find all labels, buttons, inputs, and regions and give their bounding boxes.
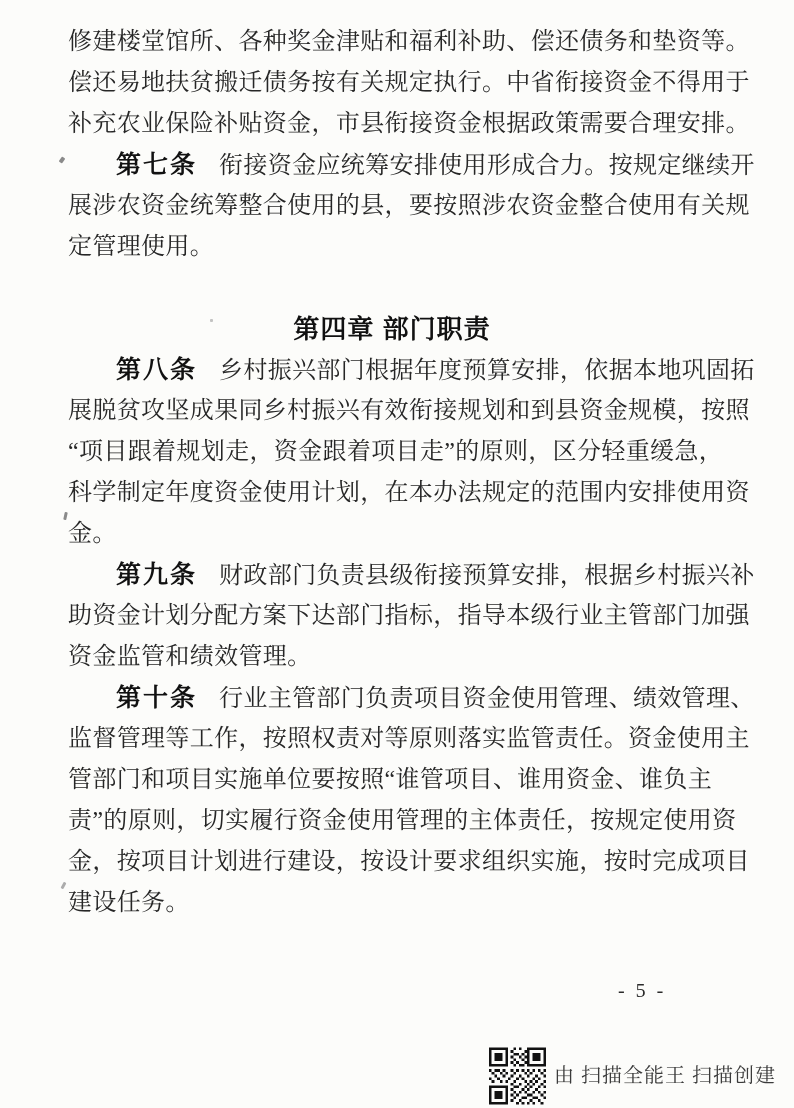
scanned-page: 修建楼堂馆所、各种奖金津贴和福利补助、偿还债务和垫资等。 偿还易地扶贫搬迁债务按… [0,0,794,1108]
article-lead-line: 第九条财政部门负责县级衔接预算安排，根据乡村振兴补 [68,555,752,596]
qr-code-icon [489,1046,546,1106]
text-line: 监督管理等工作，按照权责对等原则落实监管责任。资金使用主 [68,719,752,760]
text-line: 金。 [68,514,752,555]
paragraph-article-9: 第九条财政部门负责县级衔接预算安排，根据乡村振兴补 助资金计划分配方案下达部门指… [68,555,752,678]
document-body: 修建楼堂馆所、各种奖金津贴和福利补助、偿还债务和垫资等。 偿还易地扶贫搬迁债务按… [68,22,752,924]
text-line: 补充农业保险补贴资金，市县衔接资金根据政策需要合理安排。 [68,104,752,145]
text-line: 建设任务。 [68,883,752,924]
text-line: 管部门和项目实施单位要按照“谁管项目、谁用资金、谁负主 [68,760,752,801]
scan-speck [59,156,66,163]
article-lead-text: 行业主管部门负责项目资金使用管理、绩效管理、 [219,686,755,712]
text-line: “项目跟着规划走，资金跟着项目走”的原则，区分轻重缓急， [68,432,752,473]
text-line: 展涉农资金统筹整合使用的县，要按照涉农资金整合使用有关规 [68,186,752,227]
scan-credit-text: 由 扫描全能王 扫描创建 [554,1046,776,1106]
text-line: 责”的原则，切实履行资金使用管理的主体责任，按规定使用资 [68,801,752,842]
article-number: 第八条 [116,357,197,384]
paragraph-article-10: 第十条行业主管部门负责项目资金使用管理、绩效管理、 监督管理等工作，按照权责对等… [68,678,752,924]
article-lead-line: 第十条行业主管部门负责项目资金使用管理、绩效管理、 [68,678,752,719]
paragraph-intro: 修建楼堂馆所、各种奖金津贴和福利补助、偿还债务和垫资等。 偿还易地扶贫搬迁债务按… [68,22,752,145]
chapter-heading: 第四章 部门职责 [68,309,752,350]
text-line: 科学制定年度资金使用计划，在本办法规定的范围内安排使用资 [68,473,752,514]
text-line: 偿还易地扶贫搬迁债务按有关规定执行。中省衔接资金不得用于 [68,63,752,104]
paragraph-article-7: 第七条衔接资金应统筹安排使用形成合力。按规定继续开 展涉农资金统筹整合使用的县，… [68,145,752,268]
article-number: 第九条 [116,562,197,589]
article-number: 第七条 [116,152,197,179]
page-number: - 5 - [618,980,666,1003]
article-lead-line: 第八条乡村振兴部门根据年度预算安排，依据本地巩固拓 [68,350,752,391]
scan-speck [61,882,67,890]
text-line: 金，按项目计划进行建设，按设计要求组织实施，按时完成项目 [68,842,752,883]
scan-speck [210,319,213,322]
text-line: 修建楼堂馆所、各种奖金津贴和福利补助、偿还债务和垫资等。 [68,22,752,63]
text-line: 定管理使用。 [68,227,752,268]
article-lead-text: 衔接资金应统筹安排使用形成合力。按规定继续开 [219,153,755,179]
article-lead-line: 第七条衔接资金应统筹安排使用形成合力。按规定继续开 [68,145,752,186]
text-line: 展脱贫攻坚成果同乡村振兴有效衔接规划和到县资金规模，按照 [68,391,752,432]
blank-line [68,268,752,309]
text-line: 资金监管和绩效管理。 [68,637,752,678]
scanner-watermark: 由 扫描全能王 扫描创建 [489,1046,776,1106]
article-lead-text: 乡村振兴部门根据年度预算安排，依据本地巩固拓 [219,358,755,384]
text-line: 助资金计划分配方案下达部门指标，指导本级行业主管部门加强 [68,596,752,637]
article-number: 第十条 [116,685,197,712]
paragraph-article-8: 第八条乡村振兴部门根据年度预算安排，依据本地巩固拓 展脱贫攻坚成果同乡村振兴有效… [68,350,752,555]
article-lead-text: 财政部门负责县级衔接预算安排，根据乡村振兴补 [219,563,755,589]
